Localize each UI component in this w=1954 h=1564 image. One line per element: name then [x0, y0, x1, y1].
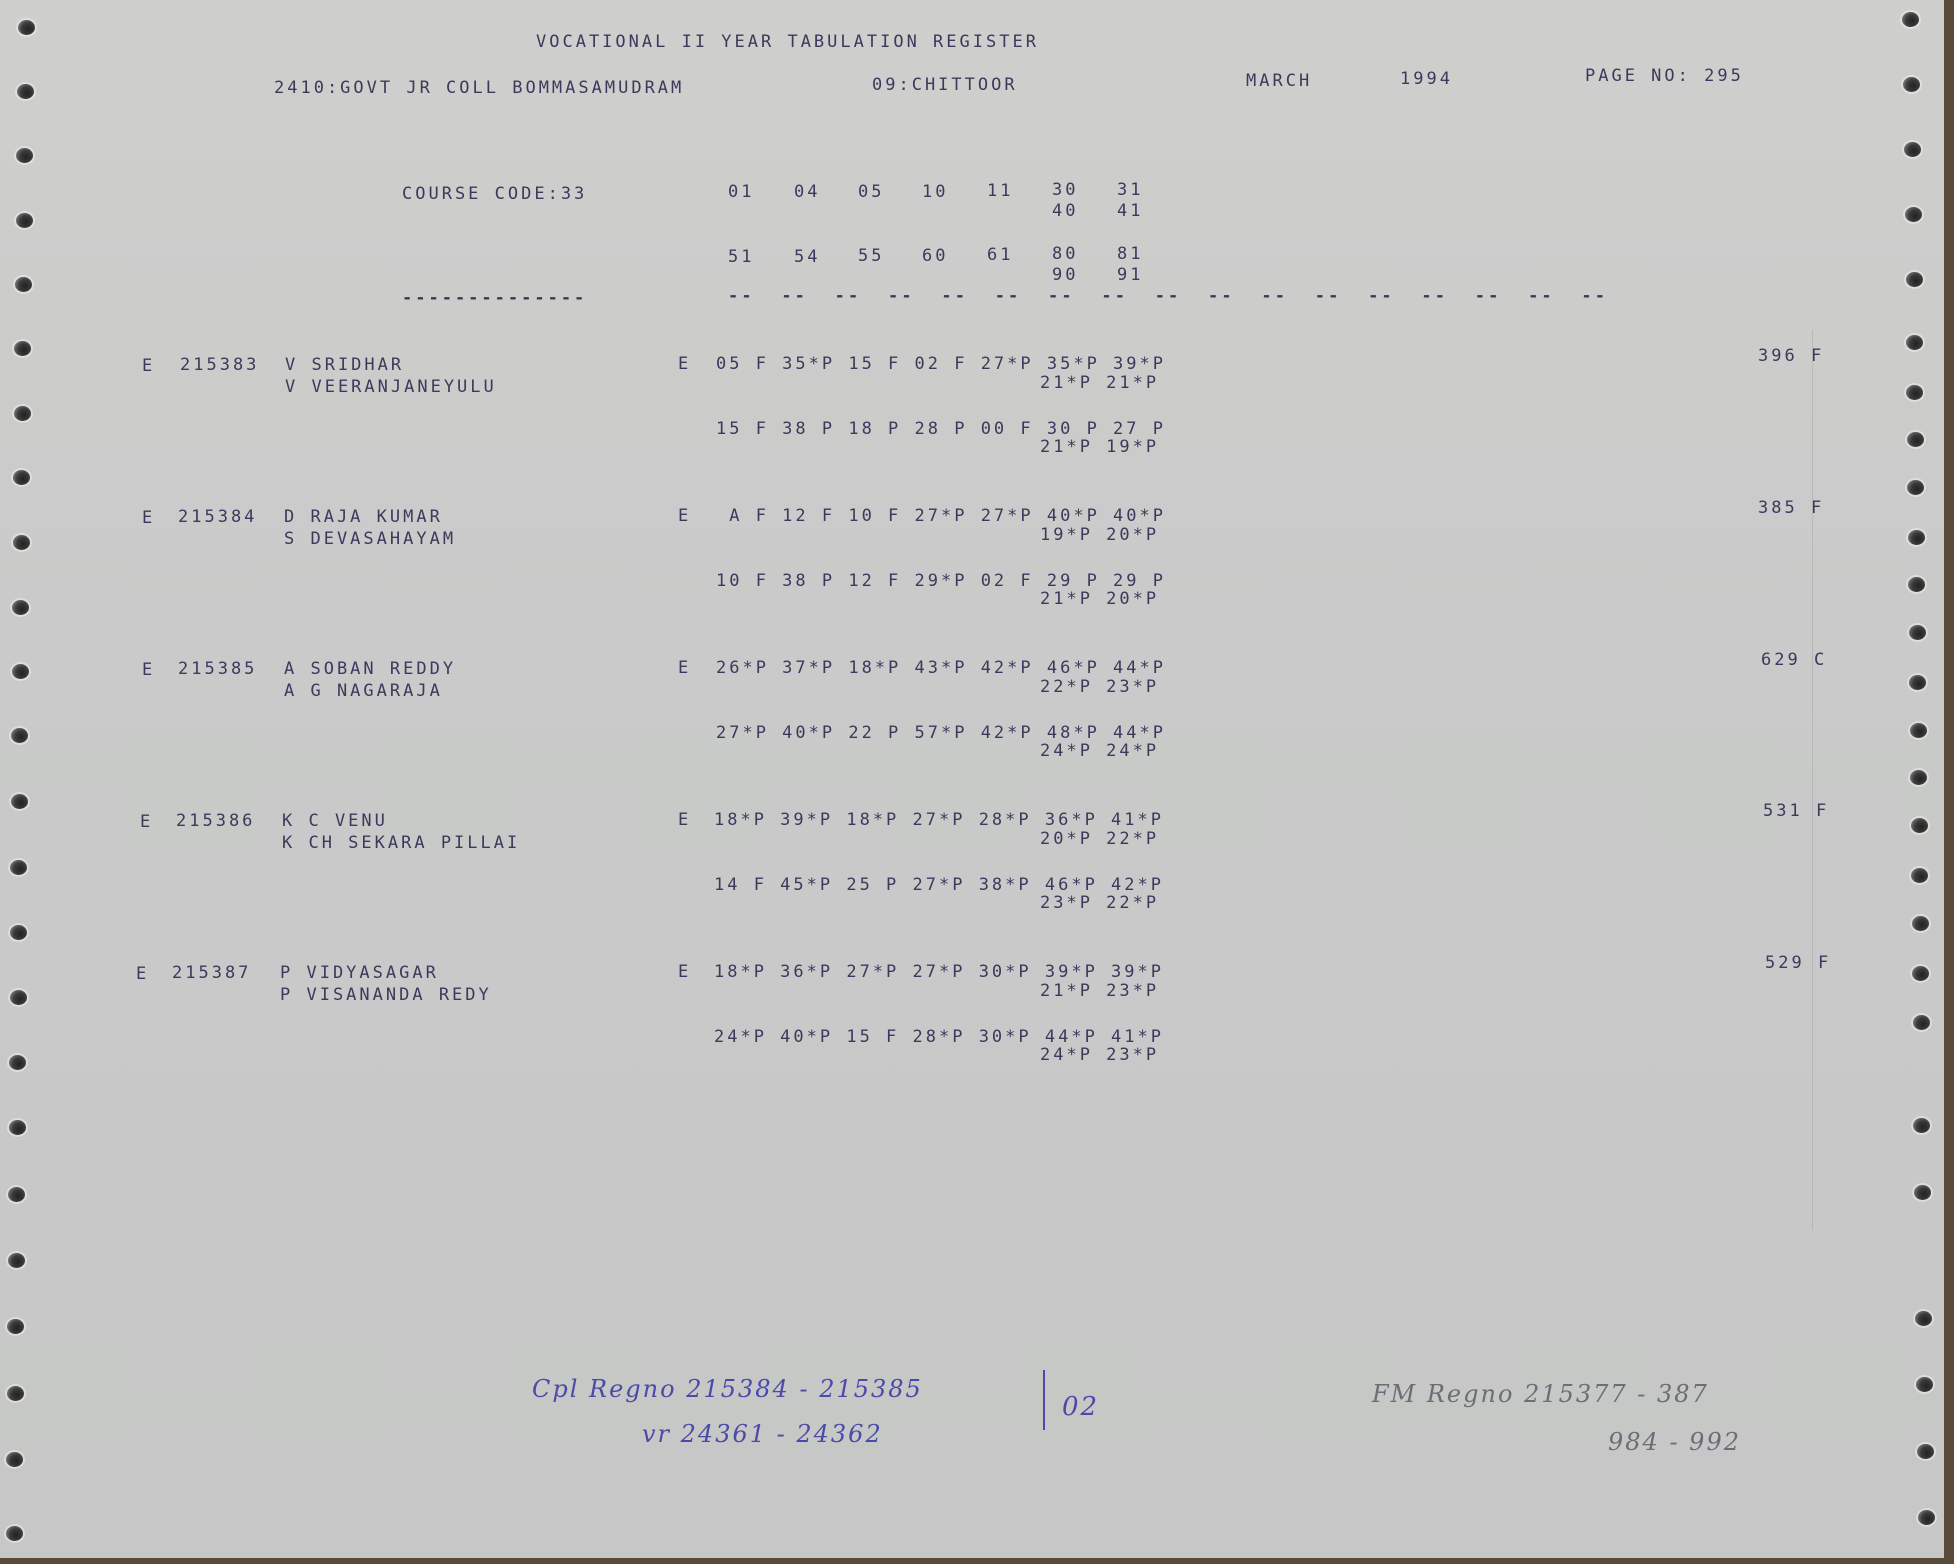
marks-line-1: 18*P 36*P 27*P 27*P 30*P 39*P 39*P — [714, 964, 1164, 981]
feed-hole — [6, 1452, 23, 1467]
feed-hole — [1912, 916, 1929, 931]
feed-hole — [12, 664, 29, 679]
exam-month: MARCH — [1246, 73, 1312, 90]
medium: E — [678, 964, 691, 981]
register-title: VOCATIONAL II YEAR TABULATION REGISTER — [536, 34, 1039, 51]
feed-hole — [10, 860, 27, 875]
marks-line-1: 05 F 35*P 15 F 02 F 27*P 35*P 39*P — [716, 356, 1166, 373]
marks-line-1: 26*P 37*P 18*P 43*P 42*P 46*P 44*P — [716, 660, 1166, 677]
student-name: D RAJA KUMAR — [284, 509, 443, 526]
student-flag: E — [142, 358, 155, 375]
total-result: 529 F — [1765, 955, 1831, 972]
feed-hole — [1911, 818, 1928, 833]
feed-hole — [13, 470, 30, 485]
marks-line-1: A F 12 F 10 F 27*P 27*P 40*P 40*P — [716, 508, 1166, 525]
course-code: COURSE CODE:33 — [402, 186, 587, 203]
guide-line — [1812, 330, 1813, 1230]
medium: E — [678, 356, 691, 373]
feed-hole — [12, 600, 29, 615]
feed-hole — [11, 728, 28, 743]
feed-hole — [1916, 1377, 1933, 1392]
register-number: 215383 — [180, 357, 259, 374]
feed-hole — [16, 148, 33, 163]
feed-hole — [14, 406, 31, 421]
father-name: P VISANANDA REDY — [280, 987, 492, 1004]
feed-hole — [1906, 272, 1923, 287]
total-result: 629 C — [1761, 652, 1827, 669]
medium: E — [678, 660, 691, 677]
pencil-annotation-regno: FM Regno 215377 - 387 — [1372, 1380, 1709, 1408]
feed-hole — [1908, 577, 1925, 592]
feed-hole — [7, 1386, 24, 1401]
father-name: S DEVASAHAYAM — [284, 531, 456, 548]
college-name: 2410:GOVT JR COLL BOMMASAMUDRAM — [274, 80, 684, 97]
marks-line-1: 18*P 39*P 18*P 27*P 28*P 36*P 41*P — [714, 812, 1164, 829]
feed-hole — [1917, 1444, 1934, 1459]
feed-hole — [9, 1055, 26, 1070]
dash-separator-left: -------------- — [402, 290, 587, 307]
feed-hole — [1912, 966, 1929, 981]
feed-hole — [1918, 1510, 1935, 1525]
marks-line-1-sub: 21*P 23*P — [1040, 983, 1159, 1000]
marks-line-1-sub: 21*P 21*P — [1040, 375, 1159, 392]
feed-hole — [10, 990, 27, 1005]
feed-hole — [16, 213, 33, 228]
father-name: A G NAGARAJA — [284, 683, 443, 700]
feed-hole — [1908, 530, 1925, 545]
register-number: 215384 — [178, 509, 257, 526]
feed-hole — [1907, 480, 1924, 495]
exam-year: 1994 — [1400, 71, 1453, 88]
feed-hole — [8, 1187, 25, 1202]
feed-hole — [1905, 207, 1922, 222]
student-flag: E — [142, 510, 155, 527]
feed-hole — [11, 794, 28, 809]
marks-line-2-sub: 21*P 19*P — [1040, 439, 1159, 456]
feed-hole — [1909, 625, 1926, 640]
student-flag: E — [136, 966, 149, 983]
feed-hole — [6, 1526, 23, 1541]
marks-line-2-sub: 23*P 22*P — [1040, 895, 1159, 912]
feed-hole — [7, 1319, 24, 1334]
marks-line-2: 24*P 40*P 15 F 28*P 30*P 44*P 41*P — [714, 1029, 1164, 1046]
feed-hole — [1910, 723, 1927, 738]
feed-hole — [10, 925, 27, 940]
marks-line-2: 27*P 40*P 22 P 57*P 42*P 48*P 44*P — [716, 725, 1166, 742]
feed-hole — [13, 535, 30, 550]
student-name: V SRIDHAR — [285, 357, 404, 374]
feed-hole — [18, 20, 35, 35]
feed-hole — [1911, 868, 1928, 883]
marks-line-2-sub: 21*P 20*P — [1040, 591, 1159, 608]
feed-hole — [8, 1253, 25, 1268]
ink-annotation-vr: vr 24361 - 24362 — [642, 1420, 883, 1448]
student-name: A SOBAN REDDY — [284, 661, 456, 678]
student-name: P VIDYASAGAR — [280, 965, 439, 982]
feed-hole — [1915, 1311, 1932, 1326]
feed-hole — [17, 84, 34, 99]
feed-hole — [14, 341, 31, 356]
feed-hole — [1913, 1015, 1930, 1030]
feed-hole — [15, 277, 32, 292]
feed-hole — [1903, 77, 1920, 92]
marks-line-2-sub: 24*P 23*P — [1040, 1047, 1159, 1064]
page-number: PAGE NO: 295 — [1585, 68, 1744, 85]
marks-line-2: 15 F 38 P 18 P 28 P 00 F 30 P 27 P — [716, 421, 1166, 438]
marks-line-1-sub: 20*P 22*P — [1040, 831, 1159, 848]
marks-line-2-sub: 24*P 24*P — [1040, 743, 1159, 760]
marks-line-2: 14 F 45*P 25 P 27*P 38*P 46*P 42*P — [714, 877, 1164, 894]
feed-hole — [1906, 335, 1923, 350]
father-name: V VEERANJANEYULU — [285, 379, 497, 396]
father-name: K CH SEKARA PILLAI — [282, 835, 520, 852]
marks-line-1-sub: 19*P 20*P — [1040, 527, 1159, 544]
student-name: K C VENU — [282, 813, 388, 830]
register-number: 215386 — [176, 813, 255, 830]
feed-hole — [1906, 385, 1923, 400]
total-result: 385 F — [1758, 500, 1824, 517]
feed-hole — [1909, 675, 1926, 690]
register-number: 215387 — [172, 965, 251, 982]
total-result: 396 F — [1758, 348, 1824, 365]
feed-hole — [1914, 1185, 1931, 1200]
tabulation-sheet: VOCATIONAL II YEAR TABULATION REGISTER 2… — [0, 0, 1944, 1558]
register-number: 215385 — [178, 661, 257, 678]
medium: E — [678, 508, 691, 525]
student-flag: E — [142, 662, 155, 679]
dash-separator-columns: -- -- -- -- -- -- -- -- -- -- -- -- -- -… — [728, 288, 1608, 305]
ink-annotation-regno: Cpl Regno 215384 - 215385 — [532, 1375, 923, 1403]
medium: E — [678, 812, 691, 829]
feed-hole — [1913, 1118, 1930, 1133]
marks-line-1-sub: 22*P 23*P — [1040, 679, 1159, 696]
total-result: 531 F — [1763, 803, 1829, 820]
ink-annotation-count: 02 — [1062, 1392, 1099, 1422]
student-flag: E — [140, 814, 153, 831]
feed-hole — [1904, 142, 1921, 157]
ink-divider — [1043, 1370, 1045, 1430]
feed-hole — [1910, 770, 1927, 785]
pencil-annotation-range: 984 - 992 — [1608, 1428, 1741, 1456]
feed-hole — [1907, 432, 1924, 447]
district-name: 09:CHITTOOR — [872, 77, 1018, 94]
marks-line-2: 10 F 38 P 12 F 29*P 02 F 29 P 29 P — [716, 573, 1166, 590]
feed-hole — [1902, 12, 1919, 27]
feed-hole — [9, 1120, 26, 1135]
